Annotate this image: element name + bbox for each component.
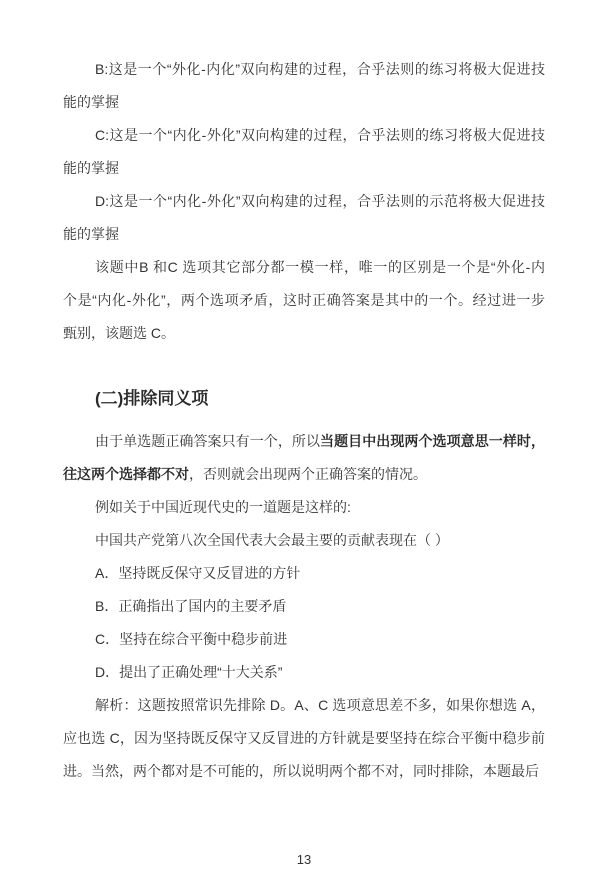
text-segment: 能的掌握 [63, 160, 119, 176]
text-segment: 例如关于中国近现代史的一道题是这样的: [95, 499, 351, 515]
text-line: 进。当然，两个都对是不可能的，所以说明两个都不对，同时排除，本题最后选 [63, 755, 545, 788]
text-line: 解析：这题按照常识先排除 D。A、C 选项意思差不多，如果你想选 A，就 [63, 689, 545, 722]
choice-d-paragraph: D．提出了正确处理“十大关系” [63, 656, 545, 689]
text-segment: 应也选 C，因为坚持既反保守又反冒进的方针就是要坚持在综合平衡中稳步前 [63, 730, 545, 746]
text-segment: 解析：这题按照常识先排除 D。A、C 选项意思差不多，如果你想选 A，就 [63, 697, 545, 722]
text-segment: B:这是一个“外化-内化”双向构建的过程，合乎法则的练习将极大促进技 [95, 61, 545, 77]
text-segment: 进。当然，两个都对是不可能的，所以说明两个都不对，同时排除，本题最后选 [63, 763, 539, 788]
text-line: 由于单选题正确答案只有一个，所以当题目中出现两个选项意思一样时，往 [63, 425, 545, 458]
text-segment: ，否则就会出现两个正确答案的情况。 [189, 466, 427, 482]
text-segment: 能的掌握 [63, 94, 119, 110]
text-line: C．坚持在综合平衡中稳步前进 [63, 623, 545, 656]
text-segment: 甄别，该题选 C。 [63, 325, 175, 341]
text-line: C:这是一个“内化-外化”双向构建的过程，合乎法则的练习将极大促进技 [63, 119, 545, 152]
text-line: 能的掌握 [63, 86, 545, 119]
text-line: A．坚持既反保守又反冒进的方针 [63, 557, 545, 590]
bold-text-segment: 往这两个选择都不对 [63, 466, 189, 482]
text-segment: 个是“内化-外化”，两个选项矛盾，这时正确答案是其中的一个。经过进一步 [63, 292, 545, 308]
text-segment: B．正确指出了国内的主要矛盾 [95, 598, 286, 614]
text-line: D．提出了正确处理“十大关系” [63, 656, 545, 689]
document-page: B:这是一个“外化-内化”双向构建的过程，合乎法则的练习将极大促进技能的掌握C:… [0, 0, 611, 891]
text-segment: D:这是一个“内化-外化”双向构建的过程，合乎法则的示范将极大促进技 [95, 193, 545, 209]
question-stem-paragraph: 中国共产党第八次全国代表大会最主要的贡献表现在（ ） [63, 524, 545, 557]
section-heading: (二)排除同义项 [63, 382, 545, 415]
page-number: 13 [63, 852, 545, 868]
option-b-paragraph: B:这是一个“外化-内化”双向构建的过程，合乎法则的练习将极大促进技能的掌握 [63, 53, 545, 119]
text-segment: C:这是一个“内化-外化”双向构建的过程，合乎法则的练习将极大促进技 [95, 127, 545, 143]
text-line: 例如关于中国近现代史的一道题是这样的: [63, 491, 545, 524]
text-segment: 中国共产党第八次全国代表大会最主要的贡献表现在（ ） [95, 532, 449, 548]
text-line: 能的掌握 [63, 152, 545, 185]
text-line: 能的掌握 [63, 218, 545, 251]
text-line: B:这是一个“外化-内化”双向构建的过程，合乎法则的练习将极大促进技 [63, 53, 545, 86]
option-d-paragraph: D:这是一个“内化-外化”双向构建的过程，合乎法则的示范将极大促进技能的掌握 [63, 185, 545, 251]
text-line: B．正确指出了国内的主要矛盾 [63, 590, 545, 623]
explanation-paragraph: 解析：这题按照常识先排除 D。A、C 选项意思差不多，如果你想选 A，就应也选 … [63, 689, 545, 788]
text-segment: A．坚持既反保守又反冒进的方针 [95, 565, 300, 581]
text-line: 往这两个选择都不对，否则就会出现两个正确答案的情况。 [63, 458, 545, 491]
text-segment: 由于单选题正确答案只有一个，所以 [95, 433, 320, 449]
text-segment: D．提出了正确处理“十大关系” [95, 664, 282, 680]
text-line: D:这是一个“内化-外化”双向构建的过程，合乎法则的示范将极大促进技 [63, 185, 545, 218]
synonym-rule-paragraph: 由于单选题正确答案只有一个，所以当题目中出现两个选项意思一样时，往往这两个选择都… [63, 425, 545, 491]
choice-b-paragraph: B．正确指出了国内的主要矛盾 [63, 590, 545, 623]
text-line: 中国共产党第八次全国代表大会最主要的贡献表现在（ ） [63, 524, 545, 557]
text-segment: 该题中B 和C 选项其它部分都一模一样，唯一的区别是一个是“外化-内化”，一 [63, 259, 545, 284]
text-segment: C．坚持在综合平衡中稳步前进 [95, 631, 287, 647]
text-line: 甄别，该题选 C。 [63, 317, 545, 350]
text-line: 该题中B 和C 选项其它部分都一模一样，唯一的区别是一个是“外化-内化”，一 [63, 251, 545, 284]
example-intro-paragraph: 例如关于中国近现代史的一道题是这样的: [63, 491, 545, 524]
option-c-paragraph: C:这是一个“内化-外化”双向构建的过程，合乎法则的练习将极大促进技能的掌握 [63, 119, 545, 185]
text-segment: 能的掌握 [63, 226, 119, 242]
document-body: B:这是一个“外化-内化”双向构建的过程，合乎法则的练习将极大促进技能的掌握C:… [63, 53, 545, 788]
text-line: 个是“内化-外化”，两个选项矛盾，这时正确答案是其中的一个。经过进一步 [63, 284, 545, 317]
choice-a-paragraph: A．坚持既反保守又反冒进的方针 [63, 557, 545, 590]
text-line: 应也选 C，因为坚持既反保守又反冒进的方针就是要坚持在综合平衡中稳步前 [63, 722, 545, 755]
option-analysis-paragraph: 该题中B 和C 选项其它部分都一模一样，唯一的区别是一个是“外化-内化”，一个是… [63, 251, 545, 350]
choice-c-paragraph: C．坚持在综合平衡中稳步前进 [63, 623, 545, 656]
